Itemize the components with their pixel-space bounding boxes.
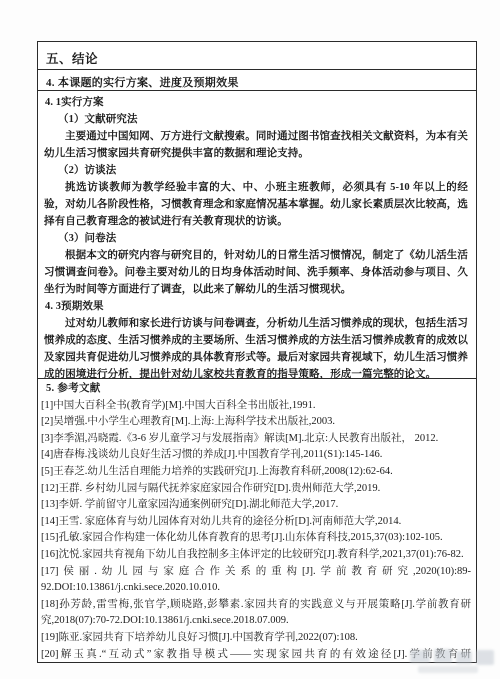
reference-item: [20]解玉真.“互动式”家教指导模式——实现家园共育的有效途径[J].学前教育… bbox=[41, 647, 471, 663]
reference-item: [3]李季湄,冯晓霞.《3-6 岁儿童学习与发展指南》解读[M].北京:人民教育… bbox=[41, 431, 471, 448]
reference-item: [5]王春芝.幼儿生活自理能力培养的实践研究[J].上海教育科研,2008(12… bbox=[41, 464, 471, 481]
reference-item: [12]王群. 乡村幼儿园与隔代抚养家庭家园合作研究[D].贵州师范大学,201… bbox=[41, 481, 471, 498]
plan-section-body: 4. 1实行方案 （1）文献研究法 主要通过中国知网、万方进行文献搜索。同时通过… bbox=[38, 91, 476, 379]
method-heading-literature: （1）文献研究法 bbox=[44, 111, 468, 128]
reference-item: [15]孔敏.家园合作构建一体化幼儿体育教育的思考[J].山东体育科技,2015… bbox=[41, 530, 471, 547]
sub-heading-implementation-plan: 4. 1实行方案 bbox=[44, 94, 468, 111]
paragraph-expected-results: 过对幼儿教师和家长进行访谈与问卷调查，分析幼儿生活习惯养成的现状，包括生活习惯养… bbox=[44, 315, 468, 379]
reference-item: [17]侯丽.幼儿园与家庭合作关系的重构[J].学前教育研究,2020(10):… bbox=[41, 564, 471, 597]
method-heading-questionnaire: （3）问卷法 bbox=[44, 230, 468, 247]
reference-item: [16]沈悦.家园共育视角下幼儿自我控制多主体评定的比较研究[J].教育科学,2… bbox=[41, 547, 471, 564]
reference-item: [14]王雪. 家庭体育与幼儿园体育对幼儿共育的途径分析[D].河南师范大学,2… bbox=[41, 514, 471, 531]
paragraph-questionnaire-method: 根据本文的研究内容与研究目的，针对幼儿的日常生活习惯情况，制定了《幼儿活生活习惯… bbox=[44, 247, 468, 298]
references-section: 5. 参考文献 [1]中国大百科全书(教育学)[M].中国大百科全书出版社,19… bbox=[38, 379, 476, 662]
plan-section-title: 4. 本课题的实行方案、进度及预期效果 bbox=[38, 70, 476, 91]
reference-item: [18]孙芳龄,雷雪梅,张官学,顾晓路,彭攀素.家园共育的实践意义与开展策略[J… bbox=[41, 597, 471, 630]
reference-item: [13]李妍. 学前留守儿童家园沟通案例研究[D].湖北师范大学,2017. bbox=[41, 497, 471, 514]
method-heading-interview: （2）访谈法 bbox=[44, 162, 468, 179]
paragraph-literature-method: 主要通过中国知网、万方进行文献搜索。同时通过图书馆查找相关文献资料，为本有关幼儿… bbox=[44, 128, 468, 162]
conclusion-heading: 五、结论 bbox=[38, 42, 476, 70]
document-page: 五、结论 4. 本课题的实行方案、进度及预期效果 4. 1实行方案 （1）文献研… bbox=[0, 0, 500, 679]
reference-item: [4]唐春梅.浅谈幼儿良好生活习惯的养成[J].中国教育学刊,2011(S1):… bbox=[41, 447, 471, 464]
paragraph-interview-method: 挑选访谈教师为教学经验丰富的大、中、小班主班教师，必须具有 5-10 年以上的经… bbox=[44, 179, 468, 230]
reference-item: [1]中国大百科全书(教育学)[M].中国大百科全书出版社,1991. bbox=[41, 398, 471, 415]
reference-item: [2]吴增强.中小学生心理教育[M].上海:上海科学技术出版社,2003. bbox=[41, 414, 471, 431]
reference-item: [19]陈亚.家园共育下培养幼儿良好习惯[J].中国教育学刊,2022(07):… bbox=[41, 630, 471, 647]
thesis-form-table: 五、结论 4. 本课题的实行方案、进度及预期效果 4. 1实行方案 （1）文献研… bbox=[37, 41, 477, 663]
sub-heading-expected-results: 4. 3预期效果 bbox=[44, 298, 468, 315]
references-heading: 5. 参考文献 bbox=[41, 381, 471, 398]
